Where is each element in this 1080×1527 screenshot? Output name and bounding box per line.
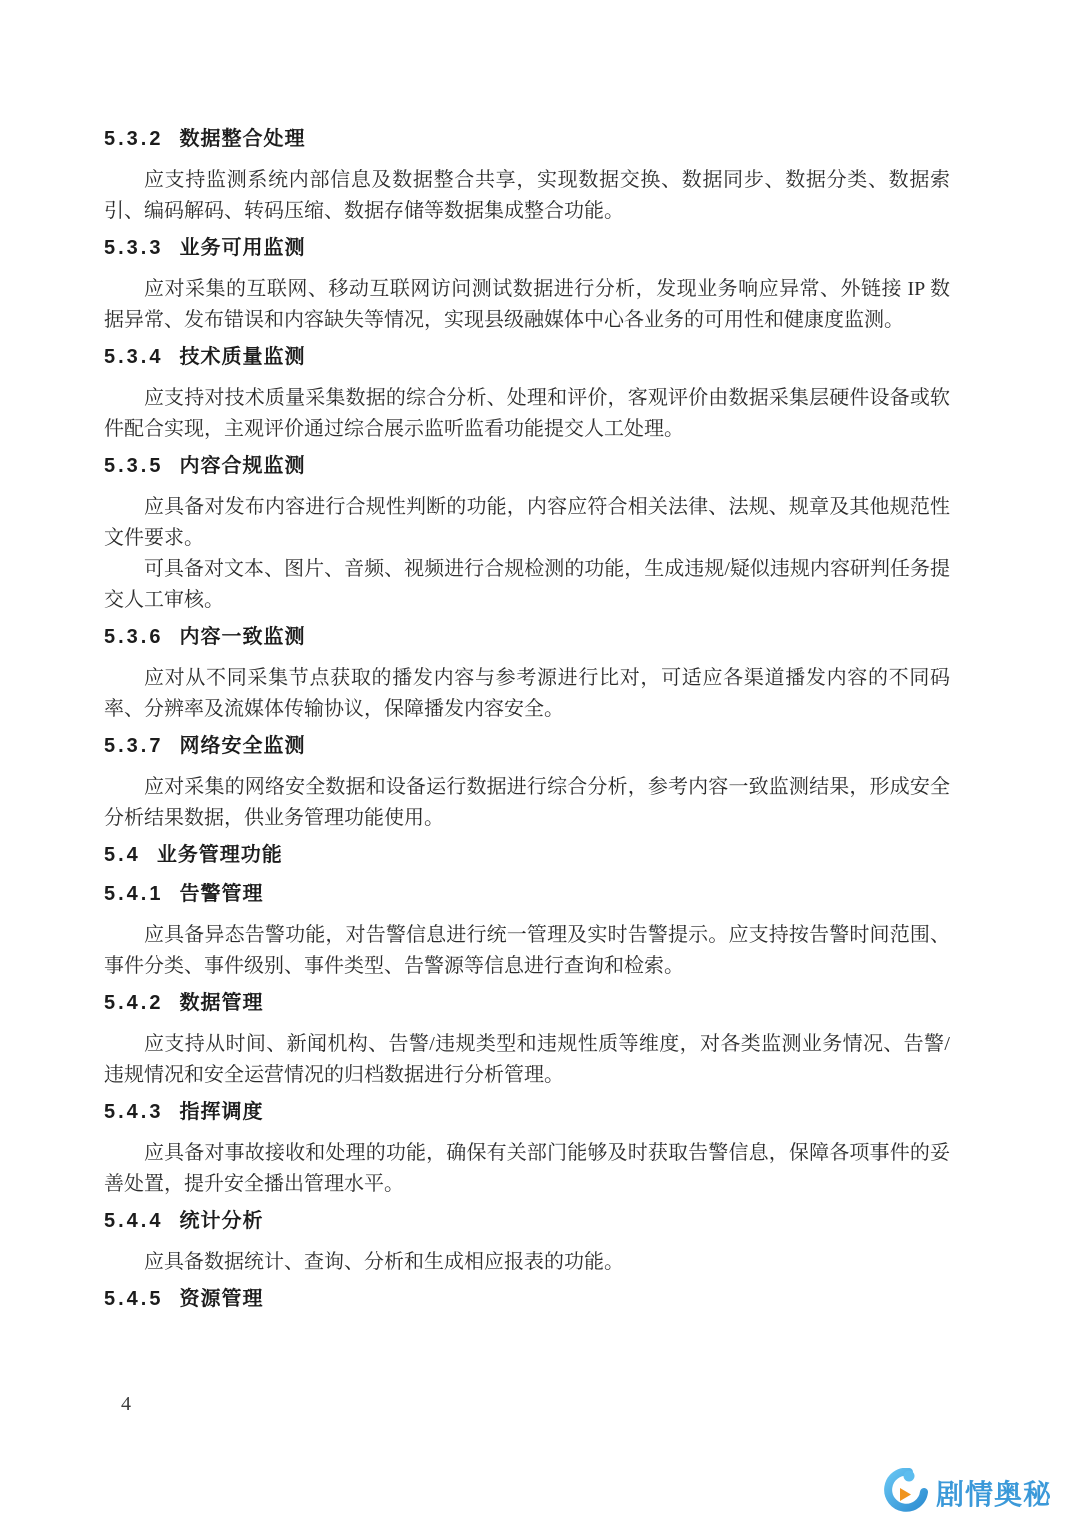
- section-heading: 5.3.7网络安全监测: [104, 733, 950, 759]
- section-heading: 5.4业务管理功能: [104, 842, 950, 868]
- section-5-4-5: 5.4.5资源管理: [104, 1286, 950, 1312]
- section-heading: 5.3.6内容一致监测: [104, 624, 950, 650]
- section-title: 资源管理: [179, 1288, 263, 1310]
- section-title: 指挥调度: [179, 1101, 263, 1123]
- section-heading: 5.4.1告警管理: [104, 881, 950, 907]
- section-5-4-1: 5.4.1告警管理 应具备异态告警功能，对告警信息进行统一管理及实时告警提示。应…: [104, 881, 950, 982]
- section-5-3-7: 5.3.7网络安全监测 应对采集的网络安全数据和设备运行数据进行综合分析，参考内…: [104, 733, 950, 834]
- section-number: 5.4.1: [104, 883, 163, 905]
- section-number: 5.4.4: [104, 1210, 163, 1232]
- section-title: 网络安全监测: [179, 735, 305, 757]
- document-page: 5.3.2数据整合处理 应支持监测系统内部信息及数据整合共享，实现数据交换、数据…: [0, 0, 1080, 1527]
- juqing-aomi-logo-icon: [884, 1468, 928, 1517]
- section-title: 内容一致监测: [179, 626, 305, 648]
- section-heading: 5.4.3指挥调度: [104, 1099, 950, 1125]
- section-5-4-3: 5.4.3指挥调度 应具备对事故接收和处理的功能，确保有关部门能够及时获取告警信…: [104, 1099, 950, 1200]
- section-heading: 5.3.2数据整合处理: [104, 126, 950, 152]
- paragraph: 应对采集的网络安全数据和设备运行数据进行综合分析，参考内容一致监测结果，形成安全…: [104, 772, 950, 834]
- paragraph: 应具备对事故接收和处理的功能，确保有关部门能够及时获取告警信息，保障各项事件的妥…: [104, 1138, 950, 1200]
- section-heading: 5.3.3业务可用监测: [104, 235, 950, 261]
- paragraph: 可具备对文本、图片、音频、视频进行合规检测的功能，生成违规/疑似违规内容研判任务…: [104, 554, 950, 616]
- section-5-3-6: 5.3.6内容一致监测 应对从不同采集节点获取的播发内容与参考源进行比对，可适应…: [104, 624, 950, 725]
- section-5-3-4: 5.3.4技术质量监测 应支持对技术质量采集数据的综合分析、处理和评价，客观评价…: [104, 344, 950, 445]
- section-5-3-3: 5.3.3业务可用监测 应对采集的互联网、移动互联网访问测试数据进行分析，发现业…: [104, 235, 950, 336]
- section-heading: 5.4.5资源管理: [104, 1286, 950, 1312]
- section-number: 5.3.5: [104, 455, 163, 477]
- watermark-brand-text: 剧情奥秘: [936, 1473, 1052, 1513]
- section-number: 5.3.4: [104, 346, 163, 368]
- section-number: 5.3.3: [104, 237, 163, 259]
- section-heading: 5.3.5内容合规监测: [104, 453, 950, 479]
- paragraph: 应具备异态告警功能，对告警信息进行统一管理及实时告警提示。应支持按告警时间范围、…: [104, 920, 950, 982]
- section-title: 统计分析: [179, 1210, 263, 1232]
- section-heading: 5.4.4统计分析: [104, 1208, 950, 1234]
- section-number: 5.4.3: [104, 1101, 163, 1123]
- section-5-3-2: 5.3.2数据整合处理 应支持监测系统内部信息及数据整合共享，实现数据交换、数据…: [104, 126, 950, 227]
- section-title: 技术质量监测: [179, 346, 305, 368]
- section-title: 业务管理功能: [157, 844, 283, 866]
- paragraph: 应支持对技术质量采集数据的综合分析、处理和评价，客观评价由数据采集层硬件设备或软…: [104, 383, 950, 445]
- section-5-3-5: 5.3.5内容合规监测 应具备对发布内容进行合规性判断的功能，内容应符合相关法律…: [104, 453, 950, 616]
- section-5-4-2: 5.4.2数据管理 应支持从时间、新闻机构、告警/违规类型和违规性质等维度，对各…: [104, 990, 950, 1091]
- section-number: 5.4: [104, 844, 141, 866]
- section-number: 5.3.6: [104, 626, 163, 648]
- watermark: 剧情奥秘: [884, 1468, 1052, 1517]
- section-title: 数据管理: [179, 992, 263, 1014]
- section-title: 业务可用监测: [179, 237, 305, 259]
- paragraph: 应支持监测系统内部信息及数据整合共享，实现数据交换、数据同步、数据分类、数据索引…: [104, 165, 950, 227]
- section-number: 5.4.5: [104, 1288, 163, 1310]
- section-5-4-4: 5.4.4统计分析 应具备数据统计、查询、分析和生成相应报表的功能。: [104, 1208, 950, 1278]
- paragraph: 应具备数据统计、查询、分析和生成相应报表的功能。: [104, 1247, 950, 1278]
- paragraph: 应具备对发布内容进行合规性判断的功能，内容应符合相关法律、法规、规章及其他规范性…: [104, 492, 950, 554]
- section-heading: 5.3.4技术质量监测: [104, 344, 950, 370]
- section-title: 告警管理: [179, 883, 263, 905]
- section-title: 数据整合处理: [179, 128, 305, 150]
- paragraph: 应支持从时间、新闻机构、告警/违规类型和违规性质等维度，对各类监测业务情况、告警…: [104, 1029, 950, 1091]
- page-content: 5.3.2数据整合处理 应支持监测系统内部信息及数据整合共享，实现数据交换、数据…: [104, 126, 950, 1325]
- section-5-4: 5.4业务管理功能: [104, 842, 950, 868]
- page-number: 4: [121, 1393, 131, 1416]
- section-heading: 5.4.2数据管理: [104, 990, 950, 1016]
- paragraph: 应对从不同采集节点获取的播发内容与参考源进行比对，可适应各渠道播发内容的不同码率…: [104, 663, 950, 725]
- paragraph: 应对采集的互联网、移动互联网访问测试数据进行分析，发现业务响应异常、外链接 IP…: [104, 274, 950, 336]
- section-title: 内容合规监测: [179, 455, 305, 477]
- section-number: 5.3.7: [104, 735, 163, 757]
- section-number: 5.4.2: [104, 992, 163, 1014]
- section-number: 5.3.2: [104, 128, 163, 150]
